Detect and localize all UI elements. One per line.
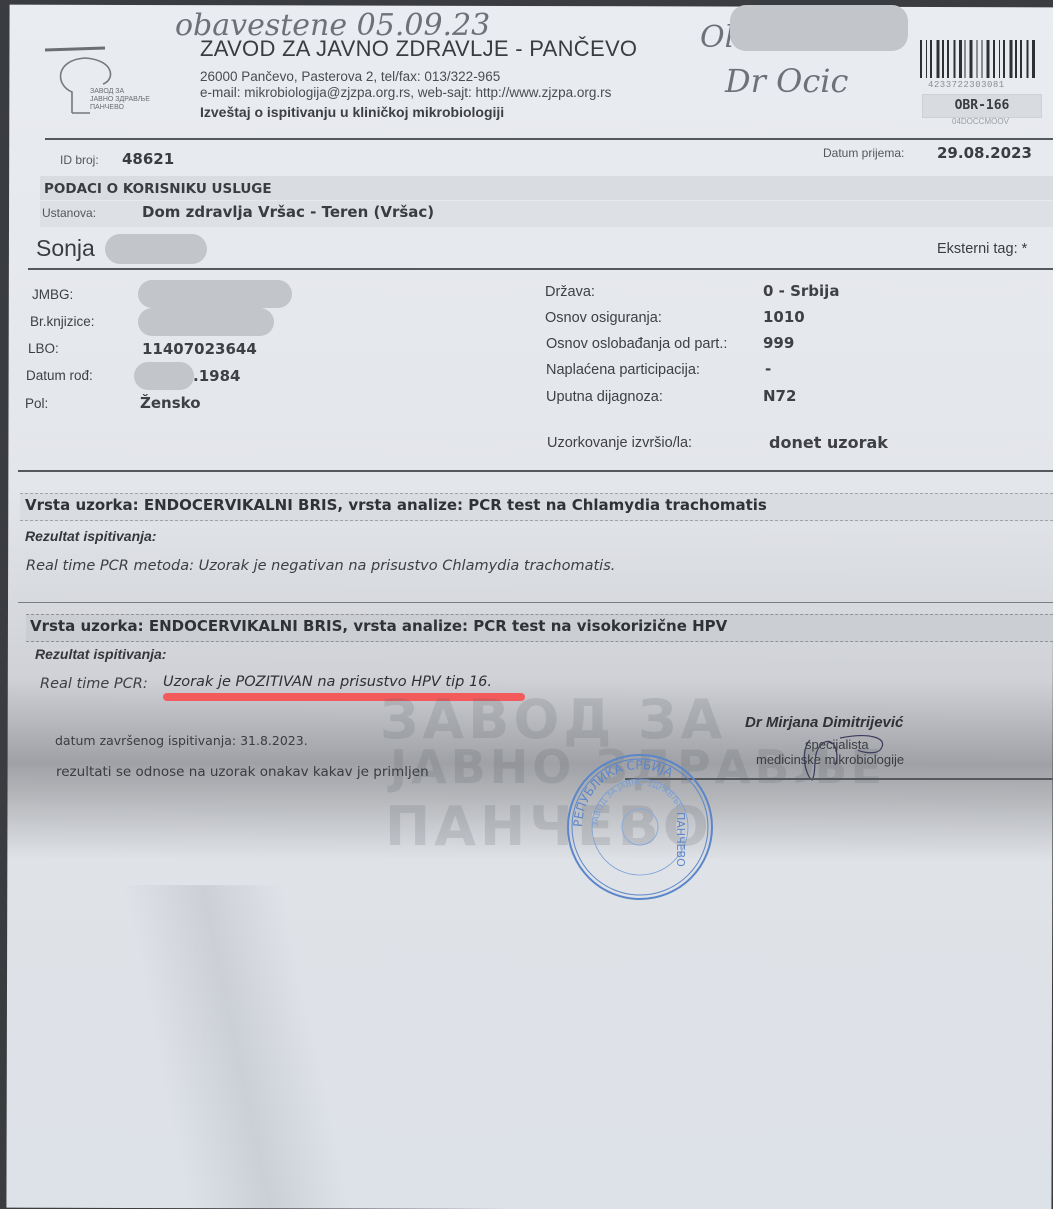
exemption-value: 999 xyxy=(763,334,794,352)
referral-diagnosis-value: N72 xyxy=(763,387,796,405)
redacted-surname xyxy=(105,234,207,264)
divider xyxy=(18,470,1053,472)
disclaimer: rezultati se odnose na uzorak onakav kak… xyxy=(56,764,429,780)
external-tag-label: Eksterni tag: * xyxy=(937,241,1027,257)
divider xyxy=(18,602,1053,603)
institution-label: Ustanova: xyxy=(42,206,96,220)
redacted-name-top xyxy=(730,5,908,51)
sex-label: Pol: xyxy=(25,396,48,411)
form-subcode: 04DOCCMOOV xyxy=(952,117,1009,126)
id-value: 48621 xyxy=(122,150,174,168)
form-code: OBR-166 xyxy=(923,95,1041,117)
doctor-name: Dr Mirjana Dimitrijević xyxy=(745,714,903,731)
barcode-icon xyxy=(918,40,1038,80)
completion-date: datum završenog ispitivanja: 31.8.2023. xyxy=(55,733,308,748)
svg-text:ПАНЧЕВО: ПАНЧЕВО xyxy=(674,812,687,867)
sampled-by-label: Uzorkovanje izvršio/la: xyxy=(547,435,692,451)
redacted-jmbg xyxy=(138,280,292,308)
test-header: Vrsta uzorka: ENDOCERVIKALNI BRIS, vrsta… xyxy=(30,617,727,635)
result-label: Rezultat ispitivanja: xyxy=(25,528,156,544)
institute-logo: ЗАВОД ЗА ЈАВНО ЗДРАВЉЕ ПАНЧЕВО xyxy=(45,40,175,125)
institution-value: Dom zdravlja Vršac - Teren (Vršac) xyxy=(142,203,434,221)
svg-text:ЗАВОД ЗА ЈАВНО ЗДРАВЉЕ: ЗАВОД ЗА ЈАВНО ЗДРАВЉЕ xyxy=(591,778,684,827)
result-text: Real time PCR metoda: Uzorak je negativa… xyxy=(26,558,615,574)
logo-text: ЗАВОД ЗА ЈАВНО ЗДРАВЉЕ ПАНЧЕВО xyxy=(90,88,150,112)
jmbg-label: JMBG: xyxy=(32,287,73,302)
divider xyxy=(45,138,1053,140)
form-code-box: OBR-166 xyxy=(922,94,1042,118)
received-date-value: 29.08.2023 xyxy=(937,144,1032,162)
doctor-signature-icon xyxy=(780,730,900,785)
test-header: Vrsta uzorka: ENDOCERVIKALNI BRIS, vrsta… xyxy=(25,496,767,514)
barcode-number: 4233722303081 xyxy=(928,80,1005,90)
paper-fold-shadow xyxy=(122,885,351,1209)
exemption-label: Osnov oslobađanja od part.: xyxy=(546,336,727,352)
lbo-label: LBO: xyxy=(28,341,59,356)
divider xyxy=(28,268,1053,270)
insurance-basis-value: 1010 xyxy=(763,308,805,326)
participation-label: Naplaćena participacija: xyxy=(546,362,700,378)
insurance-basis-label: Osnov osiguranja: xyxy=(545,310,662,326)
received-date-label: Datum prijema: xyxy=(823,146,904,160)
result-prefix: Real time PCR: xyxy=(40,676,148,692)
org-address: 26000 Pančevo, Pasterova 2, tel/fax: 013… xyxy=(200,69,500,84)
client-section-title: PODACI O KORISNIKU USLUGE xyxy=(44,181,272,197)
health-card-label: Br.knjizice: xyxy=(30,314,95,329)
org-contact: e-mail: mikrobiologija@zjzpa.org.rs, web… xyxy=(200,85,611,100)
keyhole-logo-icon xyxy=(45,40,175,125)
official-stamp-icon: РЕПУБЛИКА СРБИЈА ЗАВОД ЗА ЈАВНО ЗДРАВЉЕ … xyxy=(565,752,715,902)
birth-date-label: Datum rođ: xyxy=(26,368,93,383)
participation-value: - xyxy=(765,360,771,378)
lbo-value: 11407023644 xyxy=(142,340,257,358)
report-title: Izveštaj o ispitivanju u kliničkoj mikro… xyxy=(200,104,504,120)
redacted-birth-date xyxy=(134,362,194,390)
id-label: ID broj: xyxy=(60,153,99,167)
country-value: 0 - Srbija xyxy=(763,282,839,300)
birth-year-value: .1984 xyxy=(193,367,240,385)
org-title: ZAVOD ZA JAVNO ZDRAVLJE - PANČEVO xyxy=(200,36,637,62)
svg-text:РЕПУБЛИКА СРБИЈА: РЕПУБЛИКА СРБИЈА xyxy=(571,758,676,827)
handwritten-signature: Dr Ocic xyxy=(725,62,848,100)
sex-value: Žensko xyxy=(140,394,201,412)
redacted-health-card xyxy=(138,308,274,336)
patient-first-name: Sonja xyxy=(36,235,95,262)
sampled-by-value: donet uzorak xyxy=(769,433,888,452)
referral-diagnosis-label: Uputna dijagnoza: xyxy=(546,389,663,405)
result-label: Rezultat ispitivanja: xyxy=(35,646,166,662)
country-label: Država: xyxy=(545,284,595,300)
